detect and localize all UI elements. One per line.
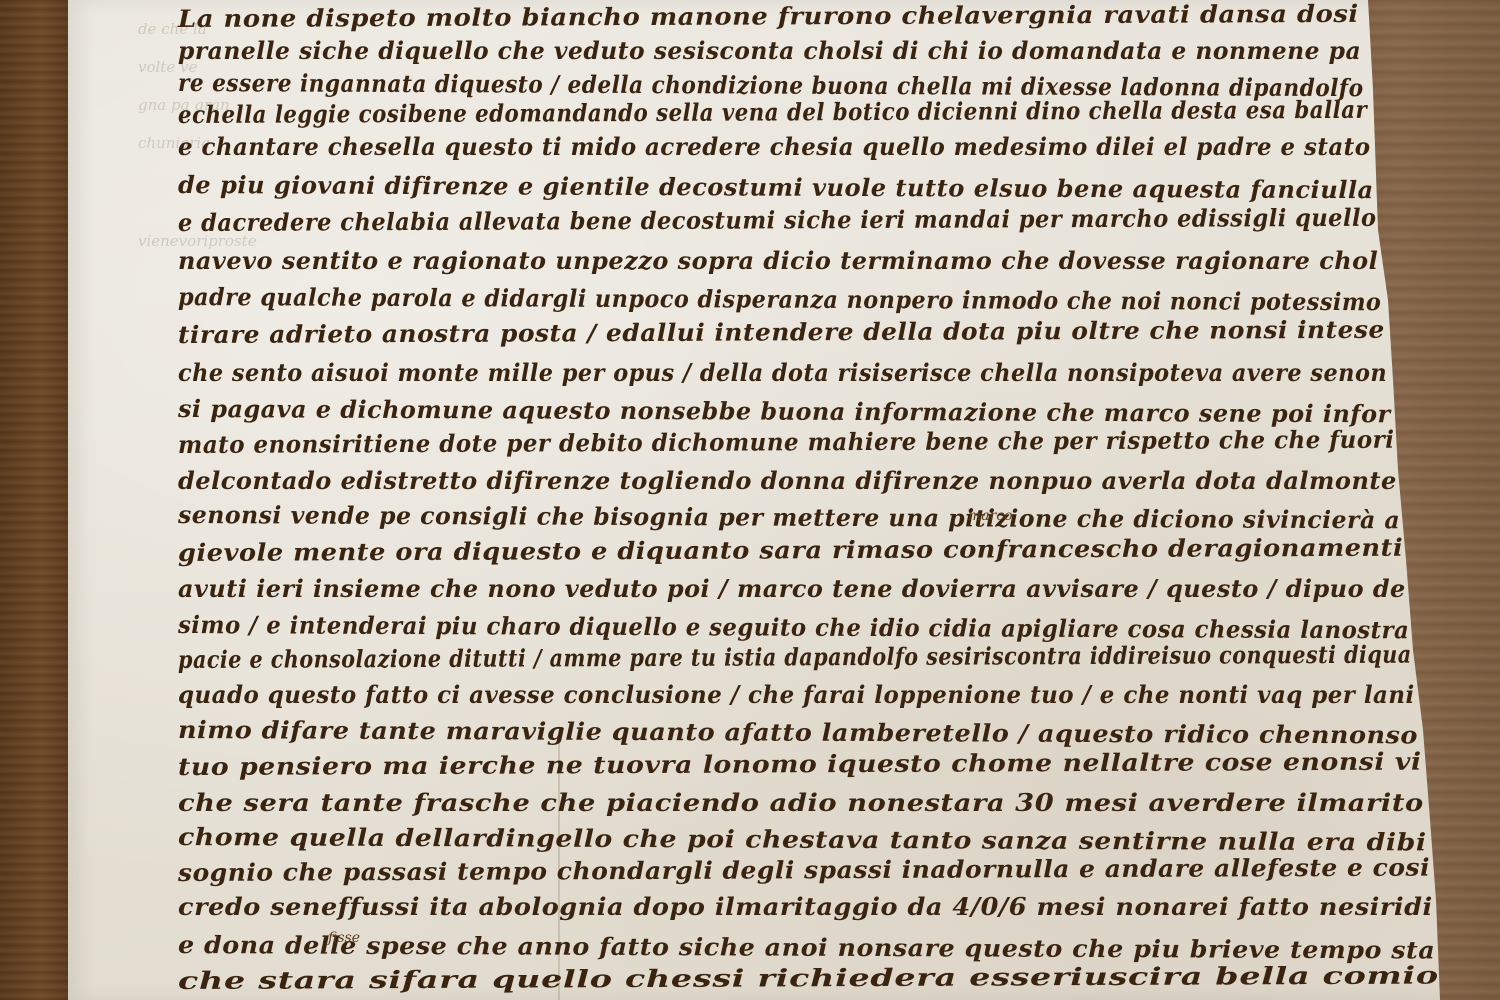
manuscript-line: delcontado edistretto difirenze togliend… (178, 466, 1397, 495)
interlinear-note: marco (968, 508, 1013, 524)
manuscript-line: senonsi vende pe consigli che bisognia p… (178, 500, 1400, 534)
manuscript-line: mato enonsiritiene dote per debito dicho… (178, 425, 1395, 459)
manuscript-line: si pagava e dichomune aquesto nonsebbe b… (178, 394, 1391, 428)
manuscript-page: de che la volte ve gna pa gran chuniaria… (68, 0, 1448, 1000)
manuscript-line: avuti ieri insieme che nono veduto poi /… (178, 574, 1406, 603)
manuscript-line: che sento aisuoi monte mille per opus / … (178, 358, 1387, 387)
manuscript-line: La none dispeto molto biancho manone fru… (178, 0, 1359, 33)
manuscript-line: tuo pensiero ma ierche ne tuovra lonomo … (178, 747, 1422, 781)
manuscript-line: padre qualche parola e didargli unpoco d… (178, 282, 1381, 316)
manuscript-line: pranelle siche diquello che veduto sesis… (178, 36, 1361, 65)
manuscript-line: nimo difare tante maraviglie quanto afat… (178, 715, 1418, 749)
manuscript-line: e dacredere chelabia allevata bene decos… (178, 203, 1377, 237)
manuscript-line: che sera tante frasche che piaciendo adi… (178, 788, 1424, 817)
manuscript-line: quado questo fatto ci avesse conclusione… (178, 680, 1415, 709)
manuscript-line: pacie e chonsolazione ditutti / amme par… (178, 640, 1412, 674)
manuscript-line: e chantare chesella questo ti mido acred… (178, 132, 1370, 161)
manuscript-line: tirare adrieto anostra posta / edallui i… (178, 315, 1385, 349)
manuscript-line: chome quella dellardingello che poi ches… (178, 822, 1427, 856)
wooden-table-left (0, 0, 70, 1000)
manuscript-line: che stara sifara quello chessi richieder… (178, 960, 1439, 995)
interlinear-note: fisse (328, 930, 360, 946)
manuscript-line: echella leggie cosibene edomandando sell… (178, 95, 1367, 129)
manuscript-line: credo seneffussi ita abolognia dopo ilma… (178, 892, 1433, 921)
manuscript-line: gievole mente ora diquesto e diquanto sa… (178, 533, 1403, 567)
manuscript-line: sognio che passasi tempo chondargli degl… (178, 853, 1430, 887)
manuscript-line: e dona delle spese che anno fatto siche … (178, 930, 1435, 964)
manuscript-line: simo / e intenderai piu charo diquello e… (178, 610, 1409, 644)
manuscript-line: navevo sentito e ragionato unpezzo sopra… (178, 246, 1378, 275)
manuscript-line: de piu giovani difirenze e gientile deco… (178, 170, 1374, 204)
